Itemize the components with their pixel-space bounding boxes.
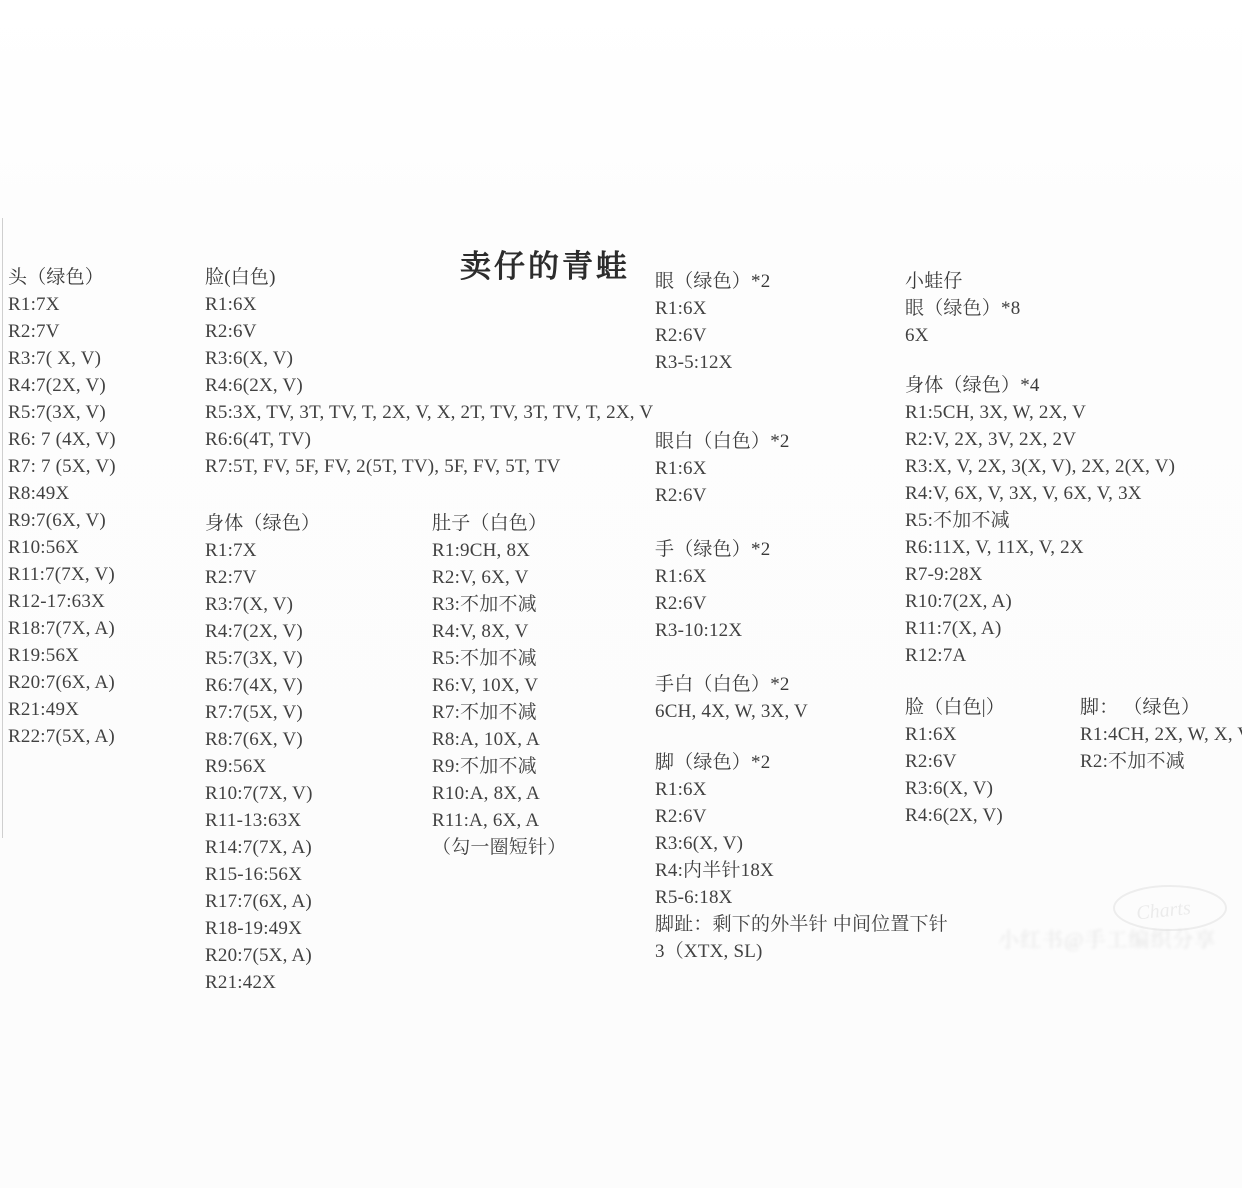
- pattern-line: 6CH, 4X, W, 3X, V: [655, 698, 808, 725]
- section-title: 身体（绿色）: [205, 510, 320, 537]
- pattern-line: R8:49X: [8, 480, 116, 507]
- pattern-line: R17:7(6X, A): [205, 888, 320, 915]
- pattern-line: R10:7(7X, V): [205, 780, 320, 807]
- pattern-line: R2:6V: [655, 803, 948, 830]
- pattern-line: R3:7( X, V): [8, 345, 116, 372]
- pattern-line: R1:6X: [655, 295, 770, 322]
- pattern-line: R6: 7 (4X, V): [8, 426, 116, 453]
- pattern-line: R6:6(4T, TV): [205, 426, 653, 453]
- pattern-line: R2:6V: [905, 748, 1005, 775]
- pattern-line: R9:56X: [205, 753, 320, 780]
- pattern-line: R7:7(5X, V): [205, 699, 320, 726]
- pattern-line: R20:7(6X, A): [8, 669, 116, 696]
- pattern-line: R4:6(2X, V): [905, 802, 1005, 829]
- section-mini-frog-foot: 脚： （绿色）R1:4CH, 2X, W, X, V,R2:不加不减: [1080, 694, 1242, 775]
- pattern-line: R11:A, 6X, A: [432, 807, 566, 834]
- pattern-line: R3:6(X, V): [905, 775, 1005, 802]
- section-title: 脸（白色|）: [905, 694, 1005, 721]
- pattern-line: R14:7(7X, A): [205, 834, 320, 861]
- pattern-line: 6X: [905, 322, 1020, 349]
- section-eye-white: 眼白（白色）*2R1:6XR2:6V: [655, 428, 790, 509]
- section-title: 脚： （绿色）: [1080, 694, 1242, 721]
- pattern-line: R8:A, 10X, A: [432, 726, 566, 753]
- watermark-text: 小红书@手工编织分享: [998, 924, 1216, 954]
- pattern-line: R5-6:18X: [655, 884, 948, 911]
- section-hand-green: 手（绿色）*2R1:6XR2:6VR3-10:12X: [655, 536, 770, 644]
- pattern-line: R3:7(X, V): [205, 591, 320, 618]
- pattern-line: R21:49X: [8, 696, 116, 723]
- pattern-line: 眼（绿色）*8: [905, 295, 1020, 322]
- section-title: 脚（绿色）*2: [655, 749, 948, 776]
- pattern-line: R3:不加不减: [432, 591, 566, 618]
- section-mini-frog-face: 脸（白色|）R1:6XR2:6VR3:6(X, V)R4:6(2X, V): [905, 694, 1005, 829]
- pattern-line: R19:56X: [8, 642, 116, 669]
- pattern-line: R1:4CH, 2X, W, X, V,: [1080, 721, 1242, 748]
- pattern-line: R18:7(7X, A): [8, 615, 116, 642]
- pattern-line: R2:7V: [205, 564, 320, 591]
- pattern-line: R6:V, 10X, V: [432, 672, 566, 699]
- pattern-line: R1:6X: [655, 776, 948, 803]
- pattern-line: R5:7(3X, V): [8, 399, 116, 426]
- section-title: 脸(白色): [205, 264, 653, 291]
- section-title: 手（绿色）*2: [655, 536, 770, 563]
- pattern-line: R7: 7 (5X, V): [8, 453, 116, 480]
- pattern-line: R20:7(5X, A): [205, 942, 320, 969]
- pattern-line: R4:7(2X, V): [8, 372, 116, 399]
- pattern-line: R11:7(X, A): [905, 615, 1175, 642]
- pattern-line: R2:6V: [655, 322, 770, 349]
- pattern-line: R9:7(6X, V): [8, 507, 116, 534]
- pattern-line: R3-10:12X: [655, 617, 770, 644]
- pattern-line: R12:7A: [905, 642, 1175, 669]
- pattern-line: R5:7(3X, V): [205, 645, 320, 672]
- page-edge-line: [2, 218, 3, 838]
- section-title: 头（绿色）: [8, 264, 116, 291]
- pattern-line: R2:V, 2X, 3V, 2X, 2V: [905, 426, 1175, 453]
- pattern-line: R1:9CH, 8X: [432, 537, 566, 564]
- pattern-line: R1:6X: [655, 455, 790, 482]
- section-belly-white: 肚子（白色）R1:9CH, 8XR2:V, 6X, VR3:不加不减R4:V, …: [432, 510, 566, 861]
- pattern-line: R2:V, 6X, V: [432, 564, 566, 591]
- pattern-line: R1:5CH, 3X, W, 2X, V: [905, 399, 1175, 426]
- pattern-line: R5:不加不减: [432, 645, 566, 672]
- pattern-line: R7-9:28X: [905, 561, 1175, 588]
- section-eye-green: 眼（绿色）*2R1:6XR2:6VR3-5:12X: [655, 268, 770, 376]
- pattern-line: 脚趾：剩下的外半针 中间位置下针: [655, 911, 948, 938]
- pattern-line: R4:6(2X, V): [205, 372, 653, 399]
- pattern-line: R1:6X: [655, 563, 770, 590]
- pattern-line: R8:7(6X, V): [205, 726, 320, 753]
- pattern-line: R6:11X, V, 11X, V, 2X: [905, 534, 1175, 561]
- pattern-line: R18-19:49X: [205, 915, 320, 942]
- section-title: 手白（白色）*2: [655, 671, 808, 698]
- pattern-line: R9:不加不减: [432, 753, 566, 780]
- pattern-line: R11-13:63X: [205, 807, 320, 834]
- pattern-line: R6:7(4X, V): [205, 672, 320, 699]
- pattern-line: R2:7V: [8, 318, 116, 345]
- pattern-line: R10:A, 8X, A: [432, 780, 566, 807]
- pattern-line: R3:X, V, 2X, 3(X, V), 2X, 2(X, V): [905, 453, 1175, 480]
- pattern-line: R7:5T, FV, 5F, FV, 2(5T, TV), 5F, FV, 5T…: [205, 453, 653, 480]
- pattern-line: R1:7X: [8, 291, 116, 318]
- section-title: 身体（绿色）*4: [905, 372, 1175, 399]
- pattern-line: （勾一圈短针）: [432, 834, 566, 861]
- pattern-line: R2:不加不减: [1080, 748, 1242, 775]
- pattern-line: R4:7(2X, V): [205, 618, 320, 645]
- section-title: 眼白（白色）*2: [655, 428, 790, 455]
- pattern-line: R2:6V: [655, 482, 790, 509]
- pattern-line: R11:7(7X, V): [8, 561, 116, 588]
- section-head-green: 头（绿色）R1:7XR2:7VR3:7( X, V)R4:7(2X, V)R5:…: [8, 264, 116, 750]
- pattern-line: R1:7X: [205, 537, 320, 564]
- pattern-line: R4:V, 6X, V, 3X, V, 6X, V, 3X: [905, 480, 1175, 507]
- watermark-stamp-text: Charts: [1135, 897, 1192, 925]
- section-hand-white: 手白（白色）*26CH, 4X, W, 3X, V: [655, 671, 808, 725]
- pattern-line: R3:6(X, V): [205, 345, 653, 372]
- pattern-line: R10:56X: [8, 534, 116, 561]
- section-foot-green: 脚（绿色）*2R1:6XR2:6VR3:6(X, V)R4:内半针18XR5-6…: [655, 749, 948, 965]
- section-body-green: 身体（绿色）R1:7XR2:7VR3:7(X, V)R4:7(2X, V)R5:…: [205, 510, 320, 996]
- section-title: 眼（绿色）*2: [655, 268, 770, 295]
- pattern-line: R1:6X: [905, 721, 1005, 748]
- pattern-line: R7:不加不减: [432, 699, 566, 726]
- section-mini-frog-eye: 小蛙仔眼（绿色）*86X: [905, 268, 1020, 349]
- pattern-line: 3（XTX, SL): [655, 938, 948, 965]
- section-title: 小蛙仔: [905, 268, 1020, 295]
- section-mini-frog-body: 身体（绿色）*4R1:5CH, 3X, W, 2X, VR2:V, 2X, 3V…: [905, 372, 1175, 669]
- pattern-line: R2:6V: [205, 318, 653, 345]
- pattern-line: R1:6X: [205, 291, 653, 318]
- pattern-line: R3:6(X, V): [655, 830, 948, 857]
- pattern-line: R12-17:63X: [8, 588, 116, 615]
- pattern-line: R5:3X, TV, 3T, TV, T, 2X, V, X, 2T, TV, …: [205, 399, 653, 426]
- pattern-line: R3-5:12X: [655, 349, 770, 376]
- pattern-line: R2:6V: [655, 590, 770, 617]
- pattern-line: R22:7(5X, A): [8, 723, 116, 750]
- section-face-white: 脸(白色)R1:6XR2:6VR3:6(X, V)R4:6(2X, V)R5:3…: [205, 264, 653, 480]
- pattern-line: R4:内半针18X: [655, 857, 948, 884]
- pattern-line: R21:42X: [205, 969, 320, 996]
- section-title: 肚子（白色）: [432, 510, 566, 537]
- pattern-line: R10:7(2X, A): [905, 588, 1175, 615]
- pattern-line: R4:V, 8X, V: [432, 618, 566, 645]
- pattern-line: R15-16:56X: [205, 861, 320, 888]
- pattern-line: R5:不加不减: [905, 507, 1175, 534]
